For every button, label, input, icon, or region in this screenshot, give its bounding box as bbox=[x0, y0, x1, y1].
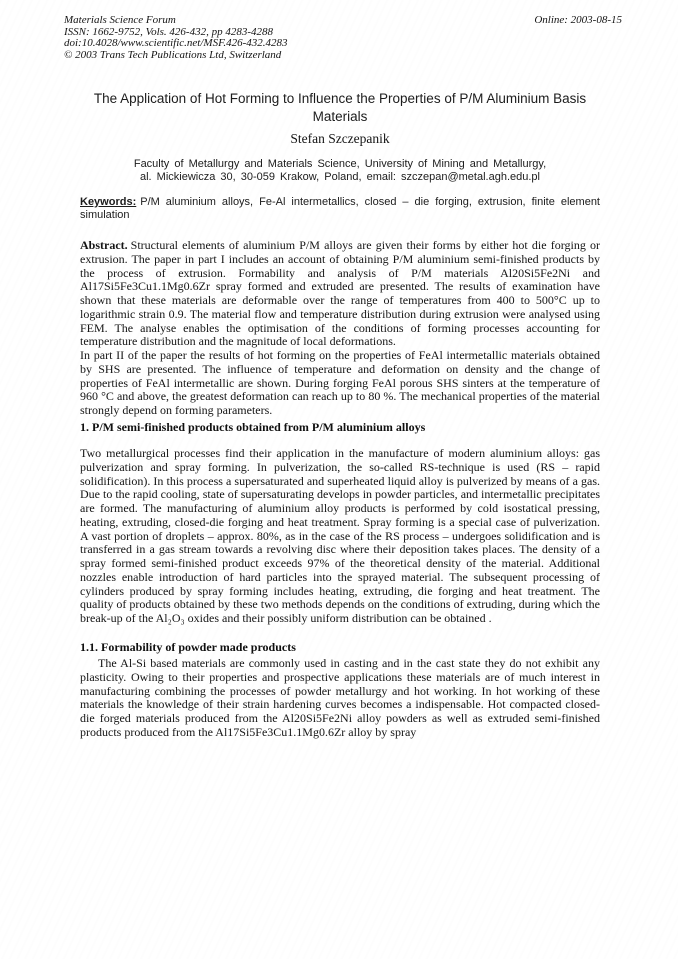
abstract-block: Abstract.Structural elements of aluminiu… bbox=[80, 239, 600, 418]
keywords-label: Keywords: bbox=[80, 196, 136, 208]
journal-header: Materials Science Forum ISSN: 1662-9752,… bbox=[64, 15, 622, 61]
copyright-line: © 2003 Trans Tech Publications Ltd, Swit… bbox=[64, 50, 288, 62]
section-1-1-paragraph: The Al-Si based materials are commonly u… bbox=[80, 657, 600, 740]
affiliation: Faculty of Metallurgy and Materials Scie… bbox=[80, 158, 600, 184]
section-1-paragraph: Two metallurgical processes find their a… bbox=[80, 447, 600, 626]
author-name: Stefan Szczepanik bbox=[80, 131, 600, 146]
journal-header-left: Materials Science Forum ISSN: 1662-9752,… bbox=[64, 15, 288, 61]
section-1-1-heading: 1.1. Formability of powder made products bbox=[80, 640, 600, 654]
paper-page: Materials Science Forum ISSN: 1662-9752,… bbox=[0, 0, 678, 959]
online-date: Online: 2003-08-15 bbox=[534, 15, 622, 27]
paper-title: The Application of Hot Forming to Influe… bbox=[80, 90, 600, 126]
keywords-text: P/M aluminium alloys, Fe-Al intermetalli… bbox=[80, 196, 600, 221]
journal-name: Materials Science Forum bbox=[64, 15, 288, 27]
abstract-paragraph-1-text: Structural elements of aluminium P/M all… bbox=[80, 238, 600, 348]
abstract-paragraph-1: Abstract.Structural elements of aluminiu… bbox=[80, 239, 600, 349]
affiliation-line-1: Faculty of Metallurgy and Materials Scie… bbox=[80, 158, 600, 171]
affiliation-line-2: al. Mickiewicza 30, 30-059 Krakow, Polan… bbox=[80, 171, 600, 184]
keywords-block: Keywords:P/M aluminium alloys, Fe-Al int… bbox=[80, 196, 600, 222]
abstract-label: Abstract. bbox=[80, 238, 128, 252]
section-1-heading: 1. P/M semi-finished products obtained f… bbox=[80, 420, 600, 434]
abstract-paragraph-2: In part II of the paper the results of h… bbox=[80, 349, 600, 418]
